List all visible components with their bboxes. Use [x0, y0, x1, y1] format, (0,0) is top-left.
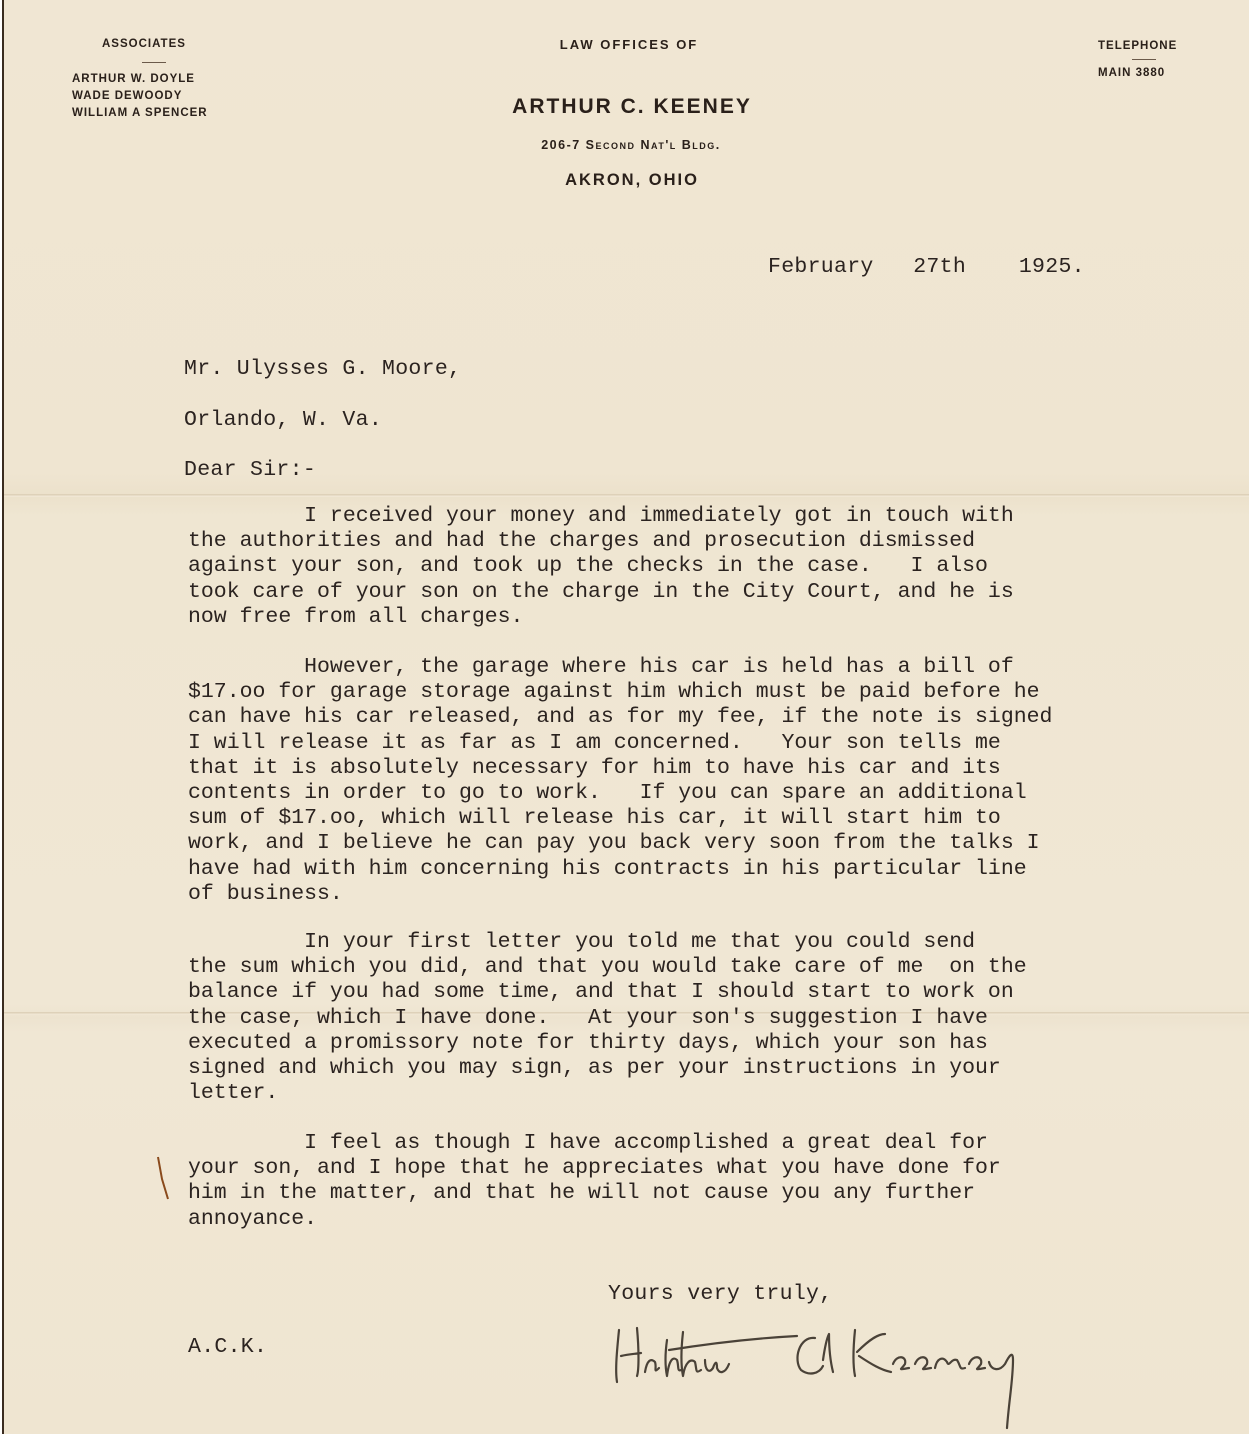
text-line: that it is absolutely necessary for him …: [188, 756, 1198, 781]
text-line: him in the matter, and that he will not …: [188, 1181, 1198, 1206]
firm-name: ARTHUR C. KEENEY: [4, 95, 1252, 119]
text-line: of business.: [188, 882, 1198, 907]
letter-date: February 27th 1925.: [768, 255, 1085, 279]
text-line: $17.oo for garage storage against him wh…: [188, 680, 1198, 705]
handwritten-signature: [609, 1320, 1079, 1430]
text-line: the sum which you did, and that you woul…: [188, 955, 1198, 980]
divider: [142, 62, 166, 63]
telephone-heading: TELEPHONE: [1098, 40, 1177, 52]
text-line: the case, which I have done. At your son…: [188, 1006, 1198, 1031]
recipient-location: Orlando, W. Va.: [184, 408, 382, 432]
text-line: annoyance.: [188, 1207, 1198, 1232]
letter-page: ASSOCIATES ARTHUR W. DOYLE WADE DeWOODY …: [2, 0, 1249, 1434]
body-paragraph-2: However, the garage where his car is hel…: [188, 655, 1198, 907]
text-line: work, and I believe he can pay you back …: [188, 831, 1198, 856]
paper-fold: [4, 494, 1249, 497]
office-city: AKRON, OHIO: [4, 171, 1252, 190]
body-paragraph-1: I received your money and immediately go…: [188, 504, 1198, 630]
body-paragraph-4: I feel as though I have accomplished a g…: [188, 1131, 1198, 1232]
text-line: your son, and I hope that he appreciates…: [188, 1156, 1198, 1181]
text-line: have had with him concerning his contrac…: [188, 857, 1198, 882]
text-line: took care of your son on the charge in t…: [188, 580, 1198, 605]
telephone-number: MAIN 3880: [1098, 67, 1165, 79]
text-line: contents in order to go to work. If you …: [188, 781, 1198, 806]
text-line: I will release it as far as I am concern…: [188, 731, 1198, 756]
text-line: the authorities and had the charges and …: [188, 529, 1198, 554]
text-line: sum of $17.oo, which will release his ca…: [188, 806, 1198, 831]
margin-ink-mark: [156, 1155, 170, 1203]
divider: [1132, 59, 1156, 60]
text-line: signed and which you may sign, as per yo…: [188, 1056, 1198, 1081]
text-line: executed a promissory note for thirty da…: [188, 1031, 1198, 1056]
text-line: I feel as though I have accomplished a g…: [188, 1131, 1198, 1156]
recipient-name: Mr. Ulysses G. Moore,: [184, 357, 461, 381]
text-line: now free from all charges.: [188, 605, 1198, 630]
associate-name: ARTHUR W. DOYLE: [72, 73, 195, 85]
closing: Yours very truly,: [608, 1282, 832, 1306]
typist-initials: A.C.K.: [188, 1335, 267, 1359]
text-line: against your son, and took up the checks…: [188, 554, 1198, 579]
salutation: Dear Sir:-: [184, 458, 316, 482]
text-line: can have his car released, and as for my…: [188, 705, 1198, 730]
body-paragraph-3: In your first letter you told me that yo…: [188, 930, 1198, 1106]
text-line: However, the garage where his car is hel…: [188, 655, 1198, 680]
office-label: LAW OFFICES OF: [4, 37, 1252, 52]
text-line: balance if you had some time, and that I…: [188, 980, 1198, 1005]
text-line: I received your money and immediately go…: [188, 504, 1198, 529]
text-line: In your first letter you told me that yo…: [188, 930, 1198, 955]
text-line: letter.: [188, 1081, 1198, 1106]
office-address: 206-7 Second Nat'l Bldg.: [4, 138, 1252, 152]
